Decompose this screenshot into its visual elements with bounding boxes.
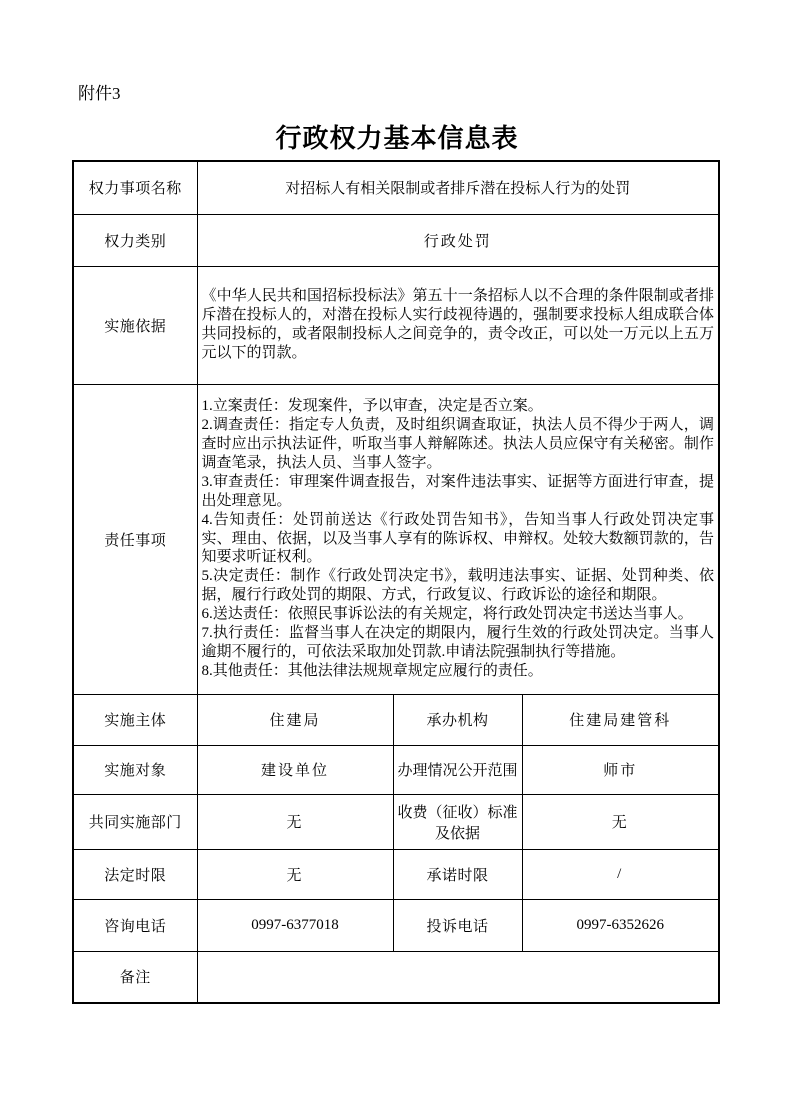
handling-agency-value: 住建局建管科 xyxy=(522,694,719,745)
promised-time-limit-value: / xyxy=(522,849,719,899)
info-table: 权力事项名称 对招标人有相关限制或者排斥潜在投标人行为的处罚 权力类别 行政处罚… xyxy=(72,160,720,1004)
duties-value: 1.立案责任：发现案件，予以审查，决定是否立案。 2.调查责任：指定专人负责，及… xyxy=(197,384,719,694)
basis-value: 《中华人民共和国招标投标法》第五十一条招标人以不合理的条件限制或者排斥潜在投标人… xyxy=(197,266,719,384)
disclosure-scope-value: 师市 xyxy=(522,745,719,794)
row-basis: 实施依据 《中华人民共和国招标投标法》第五十一条招标人以不合理的条件限制或者排斥… xyxy=(73,266,719,384)
fee-standard-label: 收费（征收）标准及依据 xyxy=(393,794,522,849)
remark-label: 备注 xyxy=(73,951,197,1003)
joint-departments-value: 无 xyxy=(197,794,393,849)
complaint-phone-value: 0997-6352626 xyxy=(522,899,719,951)
handling-agency-label: 承办机构 xyxy=(393,694,522,745)
row-time-limit: 法定时限 无 承诺时限 / xyxy=(73,849,719,899)
target-label: 实施对象 xyxy=(73,745,197,794)
duty-item-6: 6.送达责任：依照民事诉讼法的有关规定，将行政处罚决定书送达当事人。 xyxy=(202,605,715,624)
implementer-value: 住建局 xyxy=(197,694,393,745)
duty-item-4: 4.告知责任：处罚前送达《行政处罚告知书》，告知当事人行政处罚决定事实、理由、依… xyxy=(202,511,715,568)
row-phones: 咨询电话 0997-6377018 投诉电话 0997-6352626 xyxy=(73,899,719,951)
inquiry-phone-label: 咨询电话 xyxy=(73,899,197,951)
row-joint-departments: 共同实施部门 无 收费（征收）标准及依据 无 xyxy=(73,794,719,849)
power-name-value: 对招标人有相关限制或者排斥潜在投标人行为的处罚 xyxy=(197,161,719,214)
power-type-label: 权力类别 xyxy=(73,214,197,266)
duty-item-2: 2.调查责任：指定专人负责，及时组织调查取证，执法人员不得少于两人，调查时应出示… xyxy=(202,416,715,473)
implementer-label: 实施主体 xyxy=(73,694,197,745)
row-target: 实施对象 建设单位 办理情况公开范围 师市 xyxy=(73,745,719,794)
promised-time-limit-label: 承诺时限 xyxy=(393,849,522,899)
row-power-name: 权力事项名称 对招标人有相关限制或者排斥潜在投标人行为的处罚 xyxy=(73,161,719,214)
duty-item-1: 1.立案责任：发现案件，予以审查，决定是否立案。 xyxy=(202,397,715,416)
attachment-label: 附件3 xyxy=(78,84,121,104)
document-page: 附件3 行政权力基本信息表 权力事项名称 对招标人有相关限制或者排斥潜在投标人行… xyxy=(0,0,794,1108)
duty-item-3: 3.审查责任：审理案件调查报告，对案件违法事实、证据等方面进行审查，提出处理意见… xyxy=(202,473,715,511)
duty-item-8: 8.其他责任：其他法律法规规章规定应履行的责任。 xyxy=(202,662,715,681)
row-duties: 责任事项 1.立案责任：发现案件，予以审查，决定是否立案。 2.调查责任：指定专… xyxy=(73,384,719,694)
statutory-time-limit-value: 无 xyxy=(197,849,393,899)
row-power-type: 权力类别 行政处罚 xyxy=(73,214,719,266)
power-name-label: 权力事项名称 xyxy=(73,161,197,214)
joint-departments-label: 共同实施部门 xyxy=(73,794,197,849)
remark-value xyxy=(197,951,719,1003)
power-type-value: 行政处罚 xyxy=(197,214,719,266)
duty-item-7: 7.执行责任：监督当事人在决定的期限内，履行生效的行政处罚决定。当事人逾期不履行… xyxy=(202,624,715,662)
page-title: 行政权力基本信息表 xyxy=(0,118,794,155)
basis-label: 实施依据 xyxy=(73,266,197,384)
inquiry-phone-value: 0997-6377018 xyxy=(197,899,393,951)
fee-standard-value: 无 xyxy=(522,794,719,849)
disclosure-scope-label: 办理情况公开范围 xyxy=(393,745,522,794)
row-remark: 备注 xyxy=(73,951,719,1003)
target-value: 建设单位 xyxy=(197,745,393,794)
complaint-phone-label: 投诉电话 xyxy=(393,899,522,951)
row-implementer: 实施主体 住建局 承办机构 住建局建管科 xyxy=(73,694,719,745)
statutory-time-limit-label: 法定时限 xyxy=(73,849,197,899)
duties-label: 责任事项 xyxy=(73,384,197,694)
duty-item-5: 5.决定责任：制作《行政处罚决定书》，载明违法事实、证据、处罚种类、依据，履行行… xyxy=(202,567,715,605)
